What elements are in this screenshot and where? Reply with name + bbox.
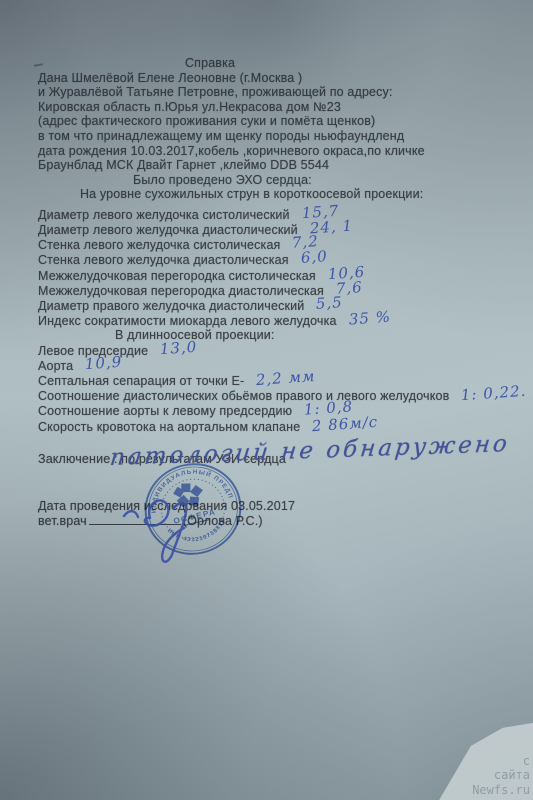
measurement-row: Стенка левого желудочка диастолическая 6… [38,252,500,267]
measurement-label: Межжелудочковая перегородка диастолическ… [38,284,324,298]
projection-line: На уровне сухожильных струн в короткоосе… [80,187,500,202]
measurement-row: Соотношение аорты к левому предсердию 1:… [38,403,500,418]
measurement-row: Диаметр левого желудочка диастолический … [38,222,500,237]
measurement-value-handwritten: 2 86м/с [312,414,379,433]
measurement-label: Соотношение аорты к левому предсердию [38,404,292,418]
measurement-value-handwritten: 1: 0,22. [461,384,527,403]
measurement-row: Диаметр левого желудочка систолический 1… [38,207,500,222]
measurement-value-handwritten: 5,5 [316,295,344,311]
measurement-row: Стенка левого желудочка систолическая 7,… [38,237,500,252]
measurement-value-handwritten: 10,9 [85,355,123,372]
measurement-label: Стенка левого желудочка систолическая [38,238,280,252]
watermark-line: с [472,754,530,769]
measurement-label: Диаметр левого желудочка диастолический [38,223,298,237]
measurement-row: Межжелудочковая перегородка систолическа… [38,268,500,283]
measurement-row: Септальная сепарация от точки Е- 2,2 мм [38,373,500,388]
intro-line: Кировская область п.Юрья ул.Некрасова до… [38,100,500,115]
doctor-prefix: вет.врач [38,514,87,528]
short-axis-measurements: Диаметр левого желудочка систолический 1… [38,207,500,328]
measurement-label: Индекс сократимости миокарда левого желу… [38,314,337,328]
measurement-value-handwritten: 13,0 [160,339,198,356]
certificate-document: Справка Дана Шмелёвой Елене Леоновне (г.… [38,56,500,529]
doctor-line: вет.врач(Орлова Р.С.) [38,514,500,529]
watermark-line: сайта [472,768,530,783]
measurement-row: Диаметр правого желудочка диастолический… [38,298,500,313]
intro-line: в том что принадлежащему им щенку породы… [38,129,500,144]
measurement-label: Стенка левого желудочка диастолическая [38,253,289,267]
measurement-row: Межжелудочковая перегородка диастолическ… [38,283,500,298]
measurement-value-handwritten: 2,2 мм [256,369,316,387]
long-axis-measurements: Левое предсердие 13,0 Аорта 10,9 Септаль… [38,343,500,434]
measurement-label: Диаметр правого желудочка диастолический [38,299,304,313]
watermark: с сайта Newfs.ru [472,754,530,798]
measurement-row: Индекс сократимости миокарда левого желу… [38,313,500,328]
measurement-label: Межжелудочковая перегородка систолическа… [38,269,316,283]
intro-line: Дана Шмелёвой Елене Леоновне (г.Москва ) [38,71,500,86]
intro-line: и Журавлёвой Татьяне Петровне, проживающ… [38,85,500,100]
echo-procedure-line: Было проведено ЭХО сердца: [133,173,500,188]
intro-line: Браунблад МСК Двайт Гарнет ,клеймо DDB 5… [38,158,500,173]
document-photo: Справка Дана Шмелёвой Елене Леоновне (г.… [0,0,533,800]
measurement-label: Септальная сепарация от точки Е- [38,374,244,388]
measurement-row: Скорость кровотока на аортальном клапане… [38,419,500,434]
measurement-label: Диаметр левого желудочка систолический [38,208,290,222]
measurement-value-handwritten: 35 % [348,310,391,327]
measurement-label: Аорта [38,359,73,373]
intro-line: (адрес фактического проживания суки и по… [38,114,500,129]
doc-title: Справка [185,56,500,71]
measurement-label: Скорость кровотока на аортальном клапане [38,420,300,434]
intro-line: дата рождения 10.03.2017,кобель ,коричне… [38,144,500,159]
study-date-line: Дата проведения исследования 03.05.2017 [38,499,500,514]
doctor-signature [112,474,237,574]
watermark-site-name: Newfs.ru [472,783,530,798]
measurement-value-handwritten: 6,0 [300,249,328,265]
measurement-row: Соотношение диастолических обьёмов право… [38,388,500,403]
measurement-label: Соотношение диастолических обьёмов право… [38,389,449,403]
